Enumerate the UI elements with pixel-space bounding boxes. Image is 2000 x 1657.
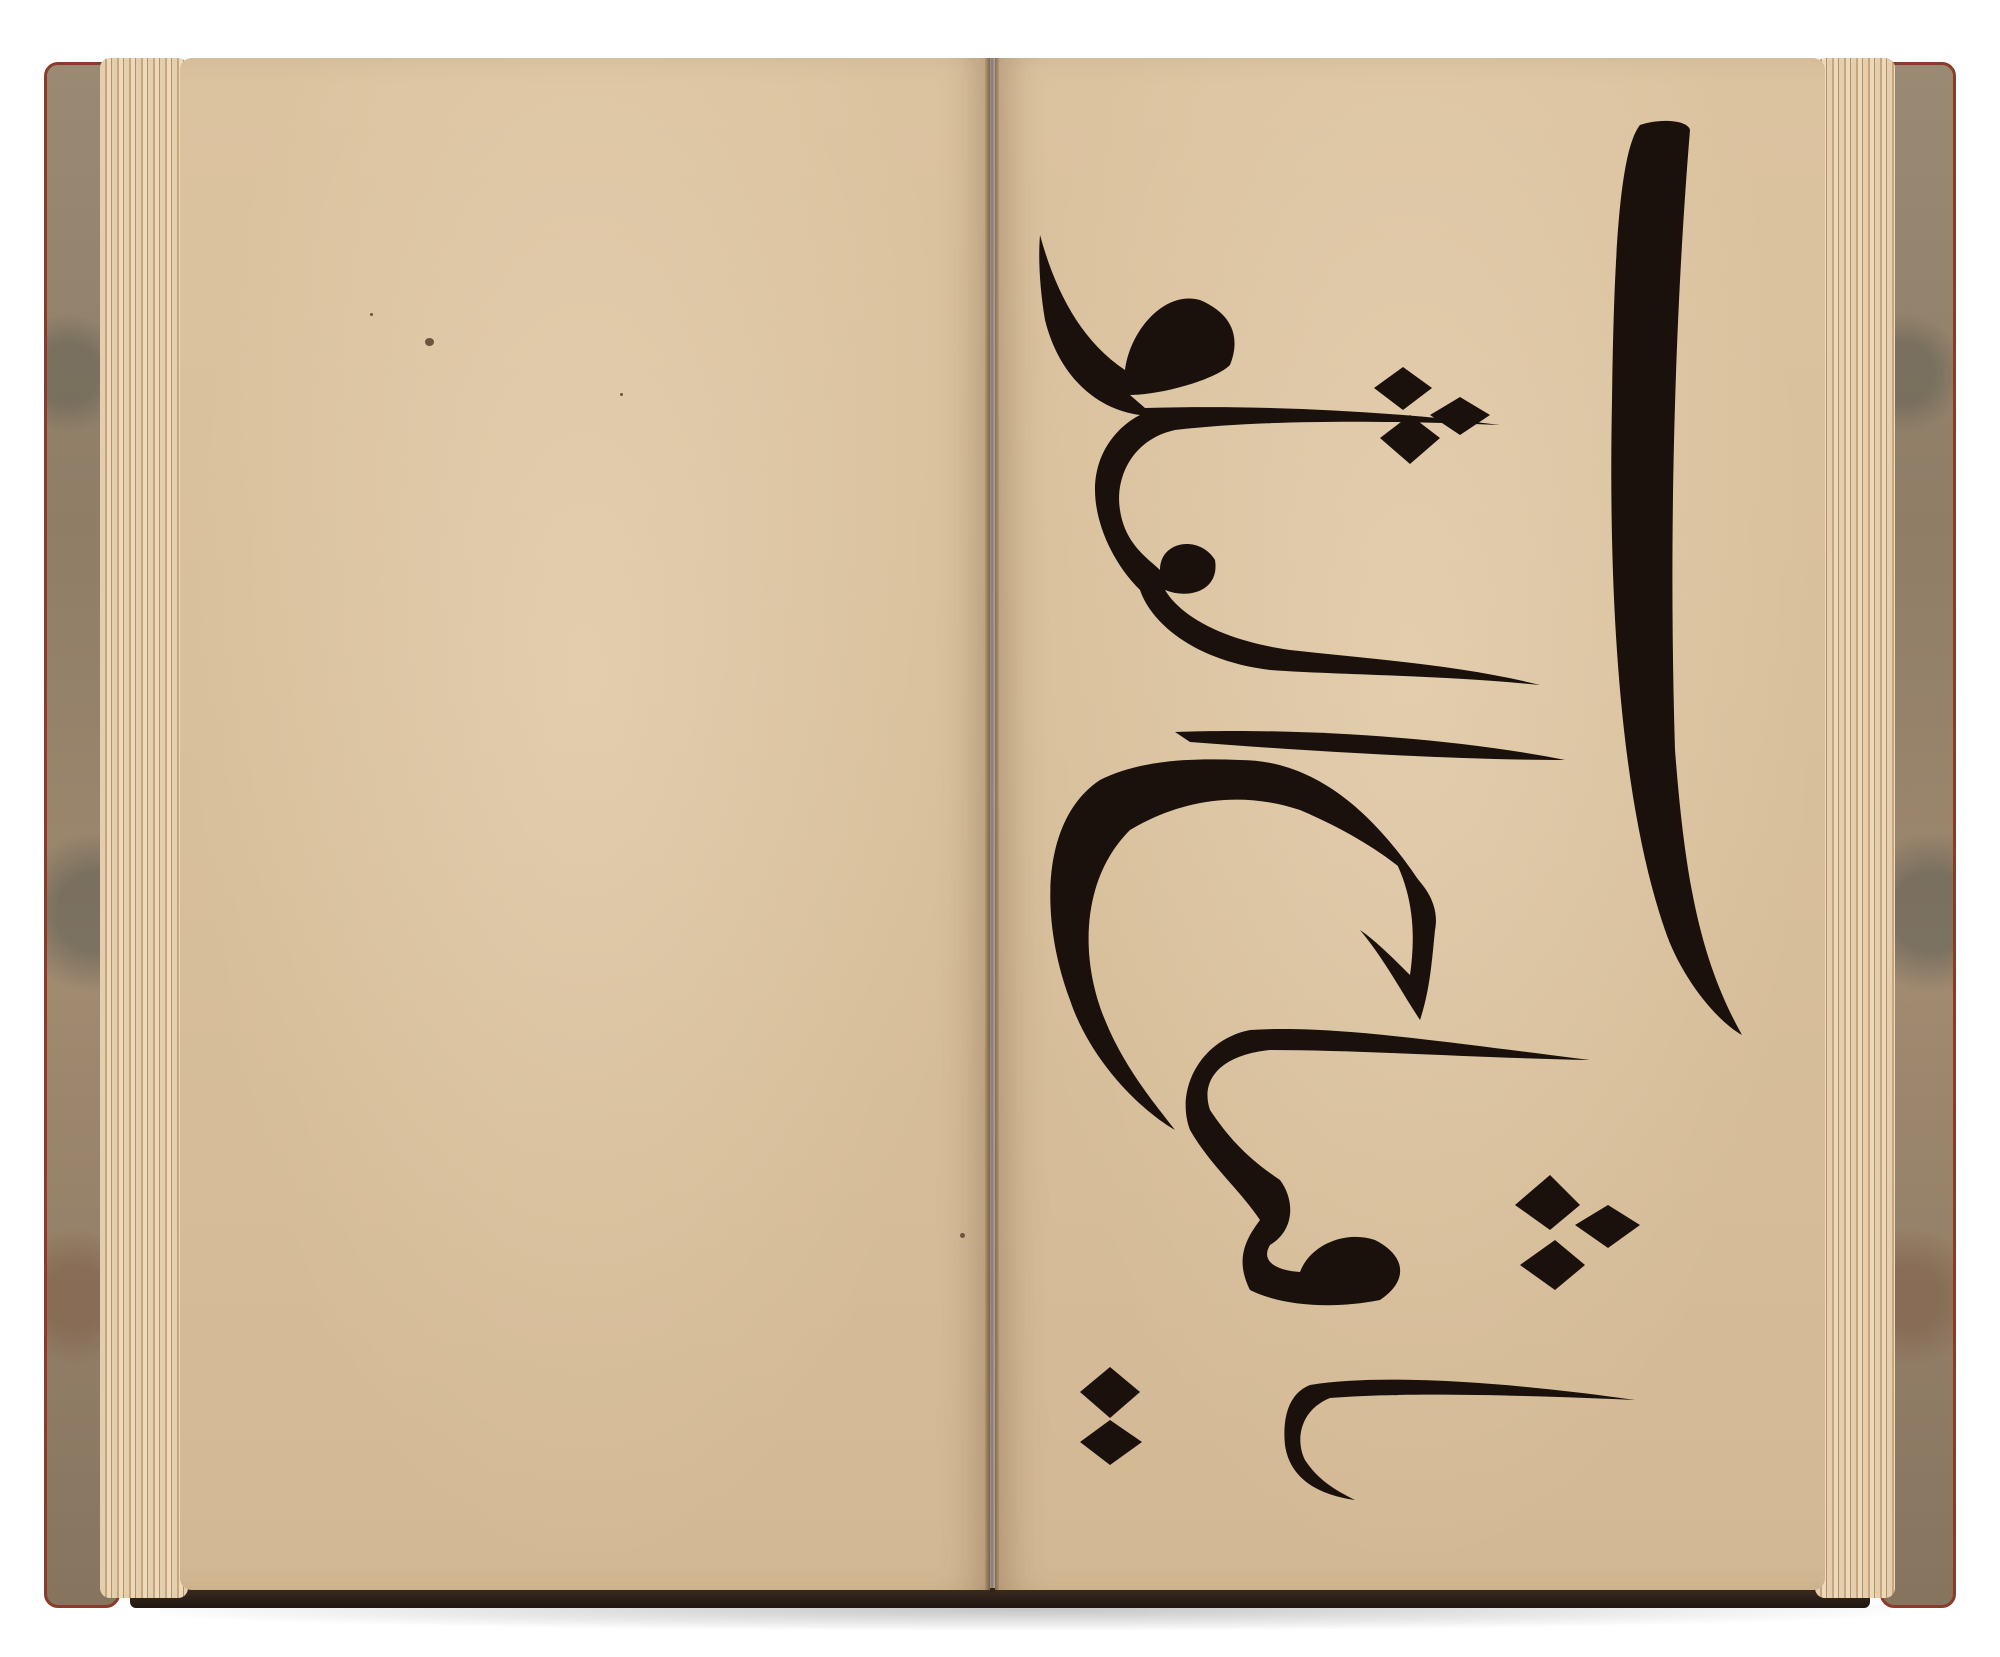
spine-bottom-edge [130, 1588, 1870, 1608]
diamond-dot [1430, 397, 1490, 435]
horizontal-stroke [1175, 731, 1565, 760]
paper-speck [620, 393, 623, 396]
large-curve [1050, 759, 1425, 1130]
left-page: blank [180, 58, 990, 1590]
diamond-dot [1080, 1420, 1142, 1465]
photo-scene: blank large Persian/Arabic nasta'liq cal… [0, 0, 2000, 1657]
page-edges-left [100, 58, 188, 1598]
page-edges-right [1815, 58, 1895, 1598]
alif-stroke [1611, 121, 1742, 1035]
bottom-curve [1284, 1380, 1635, 1500]
paper-speck [960, 1233, 965, 1238]
paper-speck [425, 338, 434, 346]
paper-speck [370, 313, 373, 316]
upper-hook [1039, 235, 1540, 685]
diamond-dot [1520, 1240, 1585, 1290]
diamond-dot [1374, 367, 1432, 410]
diamond-dot [1080, 1367, 1140, 1418]
diamond-dot [1515, 1175, 1580, 1230]
calligraphy-artwork [995, 58, 1825, 1590]
diamond-dot [1575, 1205, 1640, 1248]
ra-stroke [1360, 860, 1436, 1020]
